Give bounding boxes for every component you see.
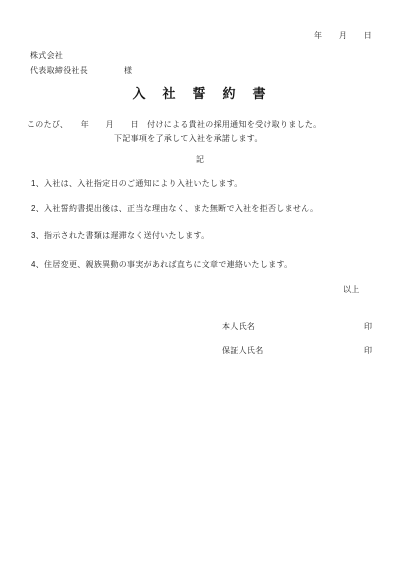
- document-title: 入 社 誓 約 書: [0, 87, 400, 100]
- pledge-item-4: 4、住居変更、親族異動の事実があれば直ちに文章で連絡いたします。: [31, 261, 292, 269]
- intro-line-1: このたび、 年 月 日 付けによる貴社の採用通知を受け取りました。: [27, 121, 321, 129]
- employment-pledge-document: 年 月 日 株式会社 代表取締役社長 様 入 社 誓 約 書 このたび、 年 月…: [0, 0, 400, 565]
- company-name-line: 株式会社: [30, 52, 63, 60]
- seal-mark: 印: [364, 323, 372, 331]
- intro-line-2: 下記事項を了承して入社を承諾します。: [114, 135, 263, 143]
- signer-name-label: 本人氏名: [222, 323, 255, 331]
- closing-marker: 以上: [343, 286, 360, 294]
- pledge-item-2: 2、入社誓約書提出後は、正当な理由なく、また無断で入社を拒否しません。: [31, 205, 318, 213]
- guarantor-name-label: 保証人氏名: [222, 347, 264, 355]
- record-marker: 記: [0, 156, 400, 164]
- honorific-label: 様: [124, 67, 132, 75]
- date-placeholder: 年 月 日: [314, 32, 372, 40]
- pledge-item-1: 1、入社は、入社指定日のご通知により入社いたします。: [31, 180, 243, 188]
- pledge-item-3: 3、指示された書類は遅滞なく送付いたします。: [31, 232, 209, 240]
- addressee-title-line: 代表取締役社長: [30, 67, 88, 75]
- seal-mark: 印: [364, 347, 372, 355]
